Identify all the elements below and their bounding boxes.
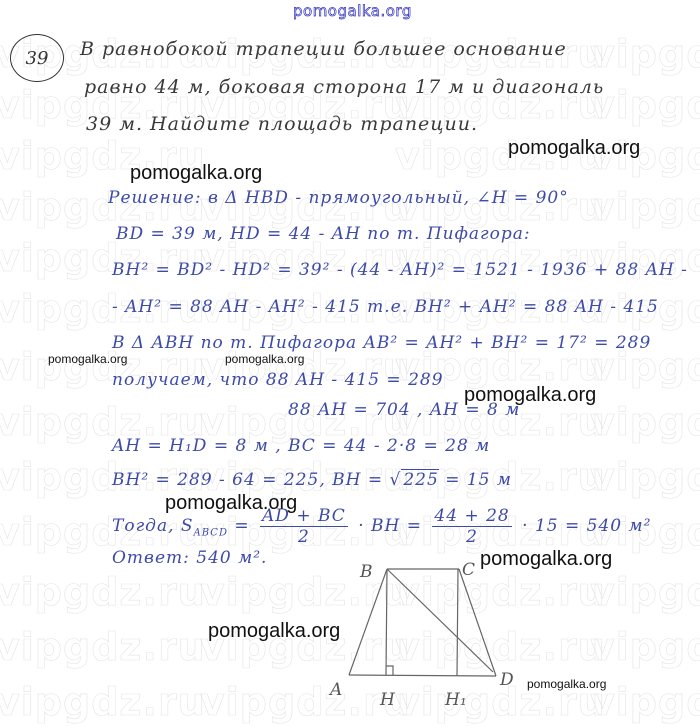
base-ad	[349, 675, 496, 676]
label-d: D	[500, 670, 514, 690]
label-c: C	[462, 560, 475, 580]
height-ch1	[457, 569, 458, 676]
stamp-watermark: pomogalka.org	[464, 384, 596, 407]
side-ab	[349, 569, 387, 675]
stamp-watermark: pomogalka.org	[225, 352, 304, 366]
label-h: H	[380, 690, 395, 710]
stamp-watermark: pomogalka.org	[508, 137, 640, 160]
stamp-watermark: pomogalka.org	[165, 492, 297, 515]
height-bh	[386, 569, 387, 675]
label-a: A	[330, 680, 342, 700]
stamp-watermark: pomogalka.org	[130, 162, 262, 185]
label-h1: H₁	[445, 690, 467, 710]
right-angle-mark	[386, 666, 393, 675]
stamp-watermark: pomogalka.org	[208, 620, 340, 643]
stamp-watermark: pomogalka.org	[527, 677, 606, 691]
stamp-watermark: pomogalka.org	[480, 548, 612, 571]
side-cd	[459, 569, 496, 676]
label-b: B	[360, 562, 373, 582]
stamp-watermark: pomogalka.org	[48, 352, 127, 366]
